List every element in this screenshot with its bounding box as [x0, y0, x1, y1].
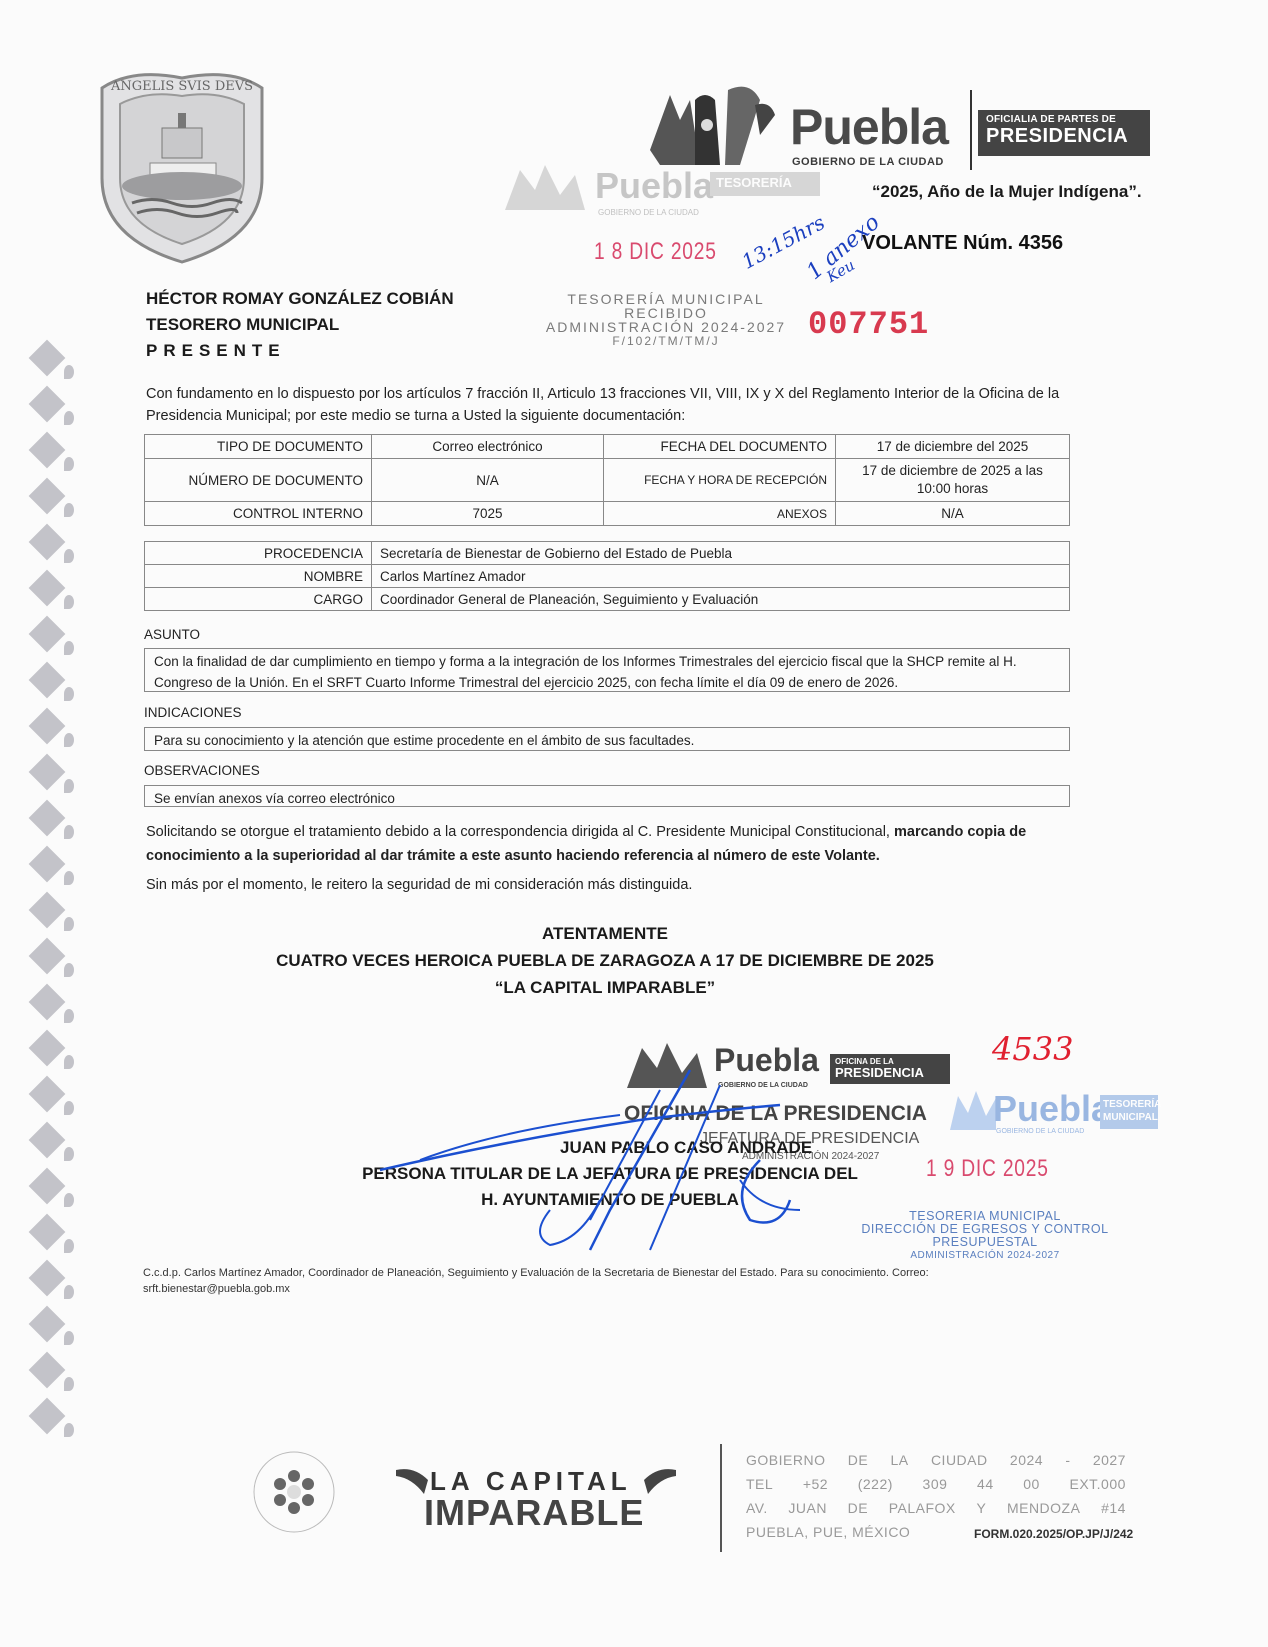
- border-leaf-icon: [64, 687, 74, 701]
- office-badge: OFICIALIA DE PARTES DE PRESIDENCIA: [978, 110, 1150, 156]
- faded-badge: TESORERÍA: [710, 172, 820, 196]
- border-diamond-icon: [29, 1076, 66, 1113]
- asunto-box: Con la finalidad de dar cumplimiento en …: [144, 648, 1070, 692]
- border-diamond-icon: [29, 984, 66, 1021]
- border-leaf-icon: [64, 733, 74, 747]
- border-diamond-icon: [29, 340, 66, 377]
- table-label: PROCEDENCIA: [145, 542, 372, 565]
- observaciones-label: OBSERVACIONES: [144, 763, 260, 778]
- border-leaf-icon: [64, 1239, 74, 1253]
- table-value: Carlos Martínez Amador: [372, 565, 1070, 588]
- seal-badge-big: PRESIDENCIA: [835, 1067, 945, 1078]
- decorative-side-border: [22, 345, 82, 1465]
- footer-info-line: GOBIERNODELACIUDAD2024-2027: [746, 1448, 1126, 1472]
- border-leaf-icon: [64, 503, 74, 517]
- faded-monument-icon: [500, 160, 590, 215]
- border-diamond-icon: [29, 1352, 66, 1389]
- blue-subtitle: GOBIERNO DE LA CIUDAD: [996, 1128, 1084, 1135]
- table-row: CARGO Coordinador General de Planeación,…: [145, 588, 1070, 611]
- wing-right-icon: [642, 1466, 678, 1496]
- footer-info-line: AV.JUANDEPALAFOXYMENDOZA#14: [746, 1496, 1126, 1520]
- border-leaf-icon: [64, 871, 74, 885]
- border-diamond-icon: [29, 570, 66, 607]
- border-diamond-icon: [29, 1260, 66, 1297]
- closing-text: Solicitando se otorgue el tratamiento de…: [146, 824, 894, 840]
- tesoreria-received-stamp: TESORERÍA MUNICIPAL RECIBIDO ADMINISTRAC…: [536, 292, 796, 348]
- border-leaf-icon: [64, 1423, 74, 1437]
- faded-tesoreria-stamp: Puebla TESORERÍA GOBIERNO DE LA CIUDAD: [500, 160, 830, 220]
- la-capital-imparable-logo: LA CAPITAL IMPARABLE: [394, 1466, 694, 1544]
- border-leaf-icon: [64, 457, 74, 471]
- office-badge-small: OFICIALIA DE PARTES DE: [986, 114, 1142, 125]
- border-diamond-icon: [29, 800, 66, 837]
- recipient-block: HÉCTOR ROMAY GONZÁLEZ COBIÁN TESORERO MU…: [146, 286, 454, 364]
- table-value: N/A: [836, 502, 1070, 526]
- border-leaf-icon: [64, 825, 74, 839]
- border-leaf-icon: [64, 1147, 74, 1161]
- table-label: FECHA Y HORA DE RECEPCIÓN: [604, 459, 836, 502]
- border-leaf-icon: [64, 1009, 74, 1023]
- blue-tesoreria-logo-stamp: Puebla TESORERÍA MUNICIPAL GOBIERNO DE L…: [948, 1088, 1158, 1143]
- table-label: TIPO DE DOCUMENTO: [145, 435, 372, 459]
- slogan: “LA CAPITAL IMPARABLE”: [200, 974, 1010, 1001]
- border-leaf-icon: [64, 411, 74, 425]
- table-row: PROCEDENCIA Secretaría de Bienestar de G…: [145, 542, 1070, 565]
- carbon-copy-note: C.c.d.p. Carlos Martínez Amador, Coordin…: [143, 1265, 1063, 1297]
- handwritten-signature: [360, 1060, 840, 1260]
- border-leaf-icon: [64, 779, 74, 793]
- border-diamond-icon: [29, 1214, 66, 1251]
- asunto-label: ASUNTO: [144, 627, 200, 642]
- stamp-line: RECIBIDO: [536, 306, 796, 320]
- border-leaf-icon: [64, 1055, 74, 1069]
- table-value: Correo electrónico: [372, 435, 604, 459]
- border-diamond-icon: [29, 708, 66, 745]
- border-leaf-icon: [64, 917, 74, 931]
- border-diamond-icon: [29, 1122, 66, 1159]
- border-diamond-icon: [29, 478, 66, 515]
- table-row: CONTROL INTERNO 7025 ANEXOS N/A: [145, 502, 1070, 526]
- border-leaf-icon: [64, 1285, 74, 1299]
- border-diamond-icon: [29, 846, 66, 883]
- seal-badge: OFICINA DE LA PRESIDENCIA: [830, 1054, 950, 1084]
- table-label: CONTROL INTERNO: [145, 502, 372, 526]
- table-value: Coordinador General de Planeación, Segui…: [372, 588, 1070, 611]
- table-label: NOMBRE: [145, 565, 372, 588]
- city-shield-emblem: ANGELIS SVIS DEVS: [92, 68, 272, 264]
- border-leaf-icon: [64, 963, 74, 977]
- blue-monument-icon: [948, 1088, 998, 1133]
- equality-seal-icon: [252, 1450, 336, 1534]
- signature-header: ATENTAMENTE CUATRO VECES HEROICA PUEBLA …: [200, 920, 1010, 1001]
- border-diamond-icon: [29, 524, 66, 561]
- border-diamond-icon: [29, 1306, 66, 1343]
- folio-number-stamp: 007751: [808, 306, 929, 343]
- office-badge-big: PRESIDENCIA: [986, 125, 1142, 148]
- border-leaf-icon: [64, 1331, 74, 1345]
- blue-badge: TESORERÍA MUNICIPAL: [1100, 1095, 1158, 1129]
- indicaciones-label: INDICACIONES: [144, 705, 242, 720]
- presidencia-folio-stamp: 4533: [992, 1030, 1073, 1068]
- document-info-table: TIPO DE DOCUMENTO Correo electrónico FEC…: [144, 434, 1070, 526]
- table-label: FECHA DEL DOCUMENTO: [604, 435, 836, 459]
- egresos-stamp: TESORERIA MUNICIPAL DIRECCIÓN DE EGRESOS…: [850, 1210, 1120, 1262]
- closing-paragraph: Solicitando se otorgue el tratamiento de…: [146, 820, 1071, 868]
- received-date-stamp: 1 8 DIC 2025: [594, 238, 717, 266]
- border-diamond-icon: [29, 1030, 66, 1067]
- stamp-line: PRESUPUESTAL: [850, 1236, 1120, 1249]
- border-diamond-icon: [29, 616, 66, 653]
- second-received-date-stamp: 1 9 DIC 2025: [926, 1155, 1049, 1183]
- border-diamond-icon: [29, 662, 66, 699]
- border-diamond-icon: [29, 754, 66, 791]
- table-row: NÚMERO DE DOCUMENTO N/A FECHA Y HORA DE …: [145, 459, 1070, 502]
- table-row: TIPO DE DOCUMENTO Correo electrónico FEC…: [145, 435, 1070, 459]
- border-diamond-icon: [29, 386, 66, 423]
- border-diamond-icon: [29, 1168, 66, 1205]
- stamp-line: ADMINISTRACIÓN 2024-2027: [536, 320, 796, 334]
- svg-text:ANGELIS SVIS DEVS: ANGELIS SVIS DEVS: [110, 79, 253, 94]
- recipient-presente: PRESENTE: [146, 338, 454, 364]
- table-value: Secretaría de Bienestar de Gobierno del …: [372, 542, 1070, 565]
- faded-subtitle: GOBIERNO DE LA CIUDAD: [598, 208, 699, 217]
- faded-wordmark: Puebla: [595, 165, 713, 207]
- border-diamond-icon: [29, 432, 66, 469]
- footer-info-line: TEL+52(222)3094400EXT.000: [746, 1472, 1126, 1496]
- border-leaf-icon: [64, 641, 74, 655]
- table-row: NOMBRE Carlos Martínez Amador: [145, 565, 1070, 588]
- stamp-line: TESORERÍA MUNICIPAL: [536, 292, 796, 306]
- logo-divider: [970, 90, 972, 170]
- table-value: 17 de diciembre de 2025 a las 10:00 hora…: [836, 459, 1070, 502]
- table-value: N/A: [372, 459, 604, 502]
- stamp-line: ADMINISTRACIÓN 2024-2027: [850, 1249, 1120, 1262]
- table-label: NÚMERO DE DOCUMENTO: [145, 459, 372, 502]
- border-leaf-icon: [64, 595, 74, 609]
- footer-divider: [720, 1444, 722, 1552]
- intro-paragraph: Con fundamento en lo dispuesto por los a…: [146, 383, 1071, 427]
- border-diamond-icon: [29, 938, 66, 975]
- border-diamond-icon: [29, 892, 66, 929]
- farewell-paragraph: Sin más por el momento, le reitero la se…: [146, 877, 692, 893]
- recipient-name: HÉCTOR ROMAY GONZÁLEZ COBIÁN: [146, 286, 454, 312]
- place-date: CUATRO VECES HEROICA PUEBLA DE ZARAGOZA …: [200, 947, 1010, 974]
- recipient-title: TESORERO MUNICIPAL: [146, 312, 454, 338]
- stamp-line: F/102/TM/TM/J: [536, 334, 796, 348]
- capital-line2: IMPARABLE: [424, 1492, 644, 1534]
- year-motto: “2025, Año de la Mujer Indígena”.: [872, 182, 1142, 202]
- blue-wordmark: Puebla: [993, 1088, 1111, 1130]
- border-leaf-icon: [64, 1377, 74, 1391]
- origin-info-table: PROCEDENCIA Secretaría de Bienestar de G…: [144, 541, 1070, 611]
- volante-number: VOLANTE Núm. 4356: [862, 232, 1063, 255]
- atentamente: ATENTAMENTE: [200, 920, 1010, 947]
- table-label: CARGO: [145, 588, 372, 611]
- border-diamond-icon: [29, 1398, 66, 1435]
- table-label: ANEXOS: [604, 502, 836, 526]
- border-leaf-icon: [64, 1101, 74, 1115]
- indicaciones-box: Para su conocimiento y la atención que e…: [144, 727, 1070, 751]
- puebla-monument-icon: [640, 80, 780, 170]
- observaciones-box: Se envían anexos vía correo electrónico: [144, 785, 1070, 807]
- table-value: 7025: [372, 502, 604, 526]
- border-leaf-icon: [64, 1193, 74, 1207]
- form-code: FORM.020.2025/OP.JP/J/242: [974, 1527, 1133, 1541]
- table-value: 17 de diciembre del 2025: [836, 435, 1070, 459]
- puebla-wordmark: Puebla: [790, 98, 948, 156]
- border-leaf-icon: [64, 365, 74, 379]
- border-leaf-icon: [64, 549, 74, 563]
